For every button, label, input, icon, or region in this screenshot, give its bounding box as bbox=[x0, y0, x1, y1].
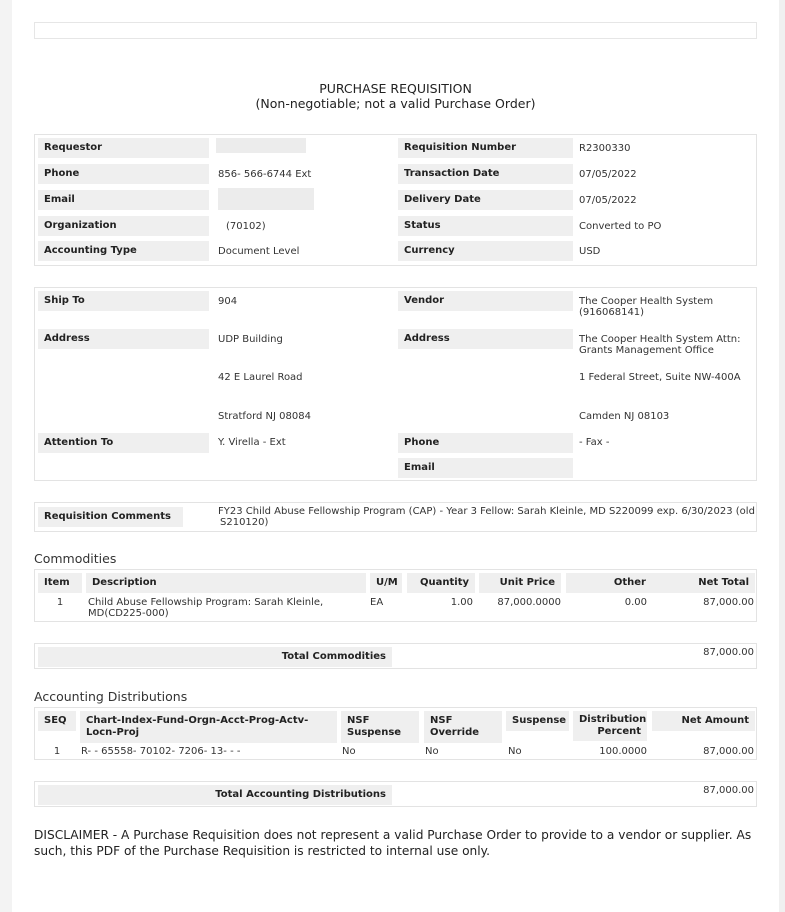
vendor-address-label: Address bbox=[398, 329, 573, 349]
transaction-date-label: Transaction Date bbox=[398, 164, 573, 184]
header-bar bbox=[34, 22, 757, 39]
col-nsf-suspense: NSF Suspense bbox=[341, 711, 419, 743]
status-label: Status bbox=[398, 216, 573, 236]
total-commodities-row: Total Commodities 87,000.00 bbox=[34, 643, 757, 669]
vendor-phone-value: - Fax - bbox=[579, 437, 609, 448]
col-chart-index: Chart-Index-Fund-Orgn-Acct-Prog-Actv-Loc… bbox=[80, 711, 337, 743]
scrollbar[interactable] bbox=[779, 0, 785, 912]
col-net-amount: Net Amount bbox=[652, 711, 755, 731]
cell-coa: R- - 65558- 70102- 7206- 13- - - bbox=[81, 746, 240, 757]
delivery-date-label: Delivery Date bbox=[398, 190, 573, 210]
document-subtitle: (Non-negotiable; not a valid Purchase Or… bbox=[12, 96, 779, 111]
cell-nsf-override: No bbox=[425, 746, 439, 757]
ship-address-line-2: 42 E Laurel Road bbox=[218, 372, 303, 383]
total-accounting-row: Total Accounting Distributions 87,000.00 bbox=[34, 781, 757, 807]
status-value: Converted to PO bbox=[579, 221, 661, 232]
cell-net-amount: 87,000.00 bbox=[652, 746, 754, 757]
email-label: Email bbox=[38, 190, 209, 210]
col-suspense: Suspense bbox=[506, 711, 569, 731]
disclaimer-text: DISCLAIMER - A Purchase Requisition does… bbox=[34, 828, 759, 859]
cell-nsf-suspense: No bbox=[342, 746, 356, 757]
vendor-address-line-2: Grants Management Office bbox=[579, 345, 714, 356]
col-net-total: Net Total bbox=[652, 573, 755, 593]
summary-section: Requestor Phone 856- 566-6744 Ext Email … bbox=[34, 134, 757, 266]
col-distribution-label: Distribution bbox=[579, 714, 641, 726]
cell-other: 0.00 bbox=[566, 597, 647, 608]
phone-value: 856- 566-6744 Ext bbox=[218, 169, 311, 180]
vendor-email-label: Email bbox=[398, 458, 573, 478]
ship-address-line-1: UDP Building bbox=[218, 334, 283, 345]
comments-label: Requisition Comments bbox=[38, 507, 183, 527]
accounting-type-value: Document Level bbox=[218, 246, 299, 257]
commodities-table: Item Description U/M Quantity Unit Price… bbox=[34, 569, 757, 622]
cell-item: 1 bbox=[38, 597, 82, 608]
document-title: PURCHASE REQUISITION bbox=[12, 81, 779, 96]
ship-address-label: Address bbox=[38, 329, 209, 349]
total-commodities-value: 87,000.00 bbox=[635, 647, 754, 658]
transaction-date-value: 07/05/2022 bbox=[579, 169, 637, 180]
col-description: Description bbox=[86, 573, 366, 593]
ship-to-value: 904 bbox=[218, 296, 237, 307]
col-item: Item bbox=[38, 573, 82, 593]
comments-line-2: S210120) bbox=[220, 517, 268, 528]
total-commodities-label: Total Commodities bbox=[38, 647, 392, 667]
attention-to-value: Y. Virella - Ext bbox=[218, 437, 286, 448]
vendor-name: The Cooper Health System bbox=[579, 296, 713, 307]
attention-to-label: Attention To bbox=[38, 433, 209, 453]
cell-seq: 1 bbox=[38, 746, 76, 757]
requestor-label: Requestor bbox=[38, 138, 209, 158]
vendor-address-line-4: Camden NJ 08103 bbox=[579, 411, 669, 422]
vendor-id: (916068141) bbox=[579, 307, 644, 318]
cell-quantity: 1.00 bbox=[407, 597, 473, 608]
organization-value: (70102) bbox=[226, 221, 266, 232]
cell-description-line-1: Child Abuse Fellowship Program: Sarah Kl… bbox=[88, 597, 323, 608]
organization-label: Organization bbox=[38, 216, 209, 236]
col-other: Other bbox=[566, 573, 652, 593]
col-um: U/M bbox=[370, 573, 402, 593]
cell-um: EA bbox=[370, 597, 383, 608]
col-nsf-override: NSF Override bbox=[424, 711, 502, 743]
email-value-redacted bbox=[218, 188, 314, 210]
ship-to-label: Ship To bbox=[38, 291, 209, 311]
col-unit-price: Unit Price bbox=[479, 573, 561, 593]
commodities-heading: Commodities bbox=[34, 551, 116, 566]
accounting-type-label: Accounting Type bbox=[38, 241, 209, 261]
col-quantity: Quantity bbox=[407, 573, 475, 593]
accounting-heading: Accounting Distributions bbox=[34, 689, 187, 704]
requisition-number-value: R2300330 bbox=[579, 143, 630, 154]
vendor-address-line-1: The Cooper Health System Attn: bbox=[579, 334, 740, 345]
comments-line-1: FY23 Child Abuse Fellowship Program (CAP… bbox=[218, 506, 755, 517]
col-distribution-percent: Distribution Percent bbox=[573, 711, 647, 741]
total-accounting-value: 87,000.00 bbox=[635, 785, 754, 796]
shipping-vendor-section: Ship To 904 Address UDP Building 42 E La… bbox=[34, 287, 757, 481]
requisition-number-label: Requisition Number bbox=[398, 138, 573, 158]
vendor-phone-label: Phone bbox=[398, 433, 573, 453]
comments-section: Requisition Comments FY23 Child Abuse Fe… bbox=[34, 502, 757, 532]
vendor-label: Vendor bbox=[398, 291, 573, 311]
col-percent-label: Percent bbox=[579, 726, 641, 738]
phone-label: Phone bbox=[38, 164, 209, 184]
cell-net-total: 87,000.00 bbox=[652, 597, 754, 608]
currency-label: Currency bbox=[398, 241, 573, 261]
cell-percent: 100.0000 bbox=[573, 746, 647, 757]
delivery-date-value: 07/05/2022 bbox=[579, 195, 637, 206]
accounting-table: SEQ Chart-Index-Fund-Orgn-Acct-Prog-Actv… bbox=[34, 707, 757, 760]
vendor-address-line-3: 1 Federal Street, Suite NW-400A bbox=[579, 372, 741, 383]
cell-description-line-2: MD(CD225-000) bbox=[88, 608, 169, 619]
requestor-value-redacted bbox=[216, 138, 306, 153]
cell-suspense: No bbox=[508, 746, 522, 757]
cell-unit-price: 87,000.0000 bbox=[479, 597, 561, 608]
total-accounting-label: Total Accounting Distributions bbox=[38, 785, 392, 805]
currency-value: USD bbox=[579, 246, 600, 257]
ship-address-line-3: Stratford NJ 08084 bbox=[218, 411, 311, 422]
document-page: PURCHASE REQUISITION (Non-negotiable; no… bbox=[12, 0, 779, 912]
col-seq: SEQ bbox=[38, 711, 76, 731]
